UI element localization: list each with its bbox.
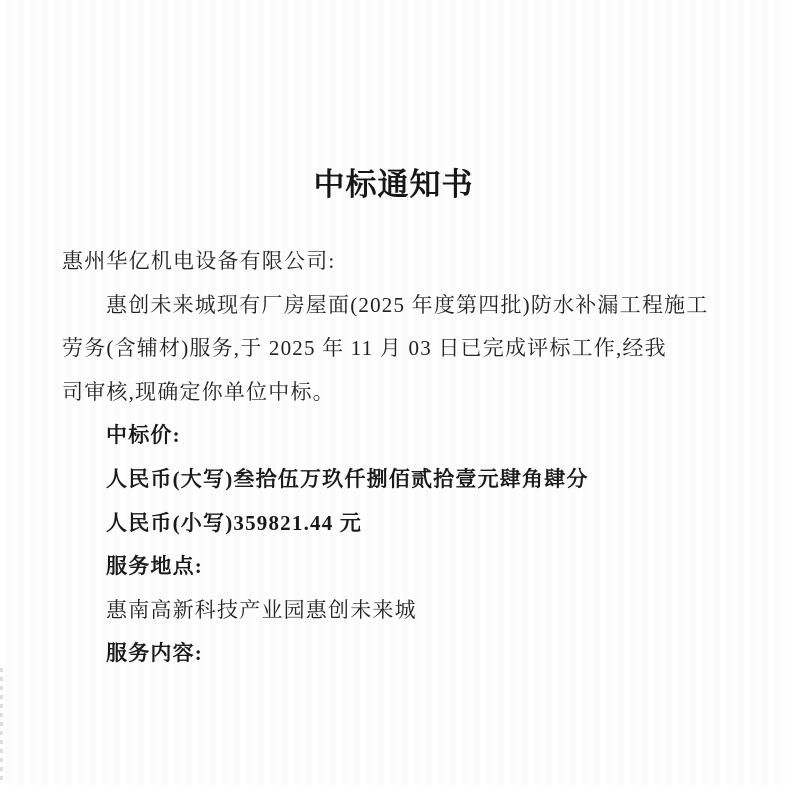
body-paragraph-line-3: 司审核,现确定你单位中标。 xyxy=(62,371,730,415)
service-content-label: 服务内容: xyxy=(62,632,730,676)
scan-edge-artifact xyxy=(0,668,3,785)
service-location-label: 服务地点: xyxy=(62,545,730,589)
body-paragraph-line-1: 惠创未来城现有厂房屋面(2025 年度第四批)防水补漏工程施工 xyxy=(62,284,730,328)
award-price-figures: 人民币(小写)359821.44 元 xyxy=(62,502,730,546)
service-location-value: 惠南高新科技产业园惠创未来城 xyxy=(62,589,730,633)
scanned-document-page: 中标通知书 惠州华亿机电设备有限公司: 惠创未来城现有厂房屋面(2025 年度第… xyxy=(0,0,787,785)
document-body: 惠州华亿机电设备有限公司: 惠创未来城现有厂房屋面(2025 年度第四批)防水补… xyxy=(62,240,730,676)
award-price-words: 人民币(大写)叁拾伍万玖仟捌佰贰拾壹元肆角肆分 xyxy=(62,458,730,502)
document-title: 中标通知书 xyxy=(0,166,787,204)
recipient-line: 惠州华亿机电设备有限公司: xyxy=(62,240,730,284)
body-paragraph-line-2: 劳务(含辅材)服务,于 2025 年 11 月 03 日已完成评标工作,经我 xyxy=(62,327,730,371)
award-price-label: 中标价: xyxy=(62,414,730,458)
